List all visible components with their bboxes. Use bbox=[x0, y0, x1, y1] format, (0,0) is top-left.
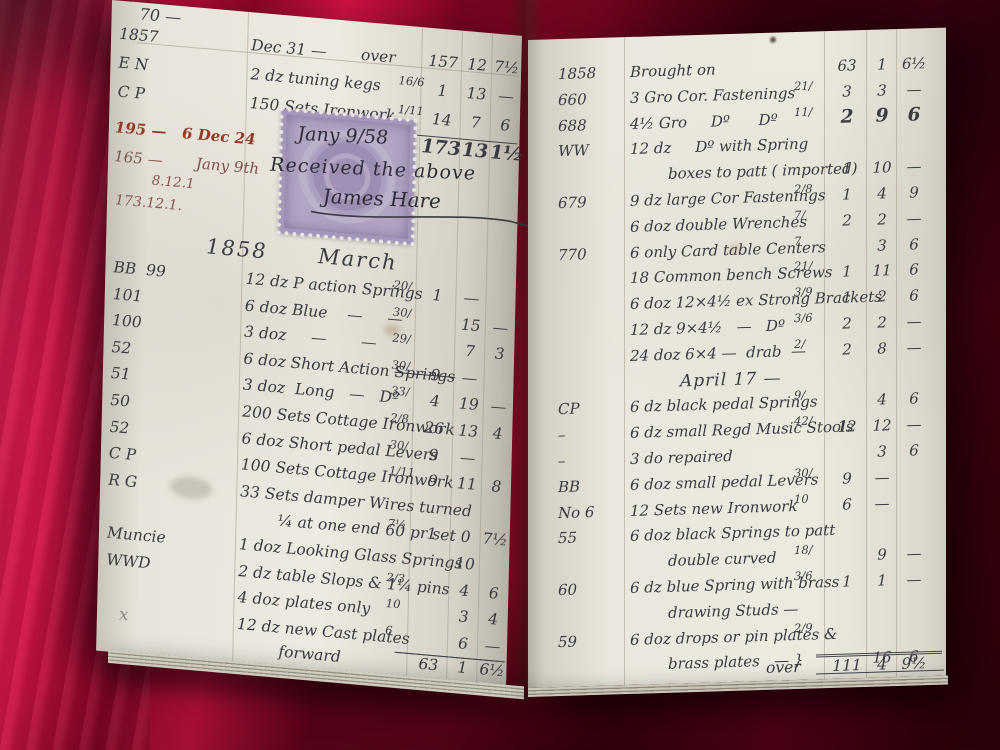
amount-pence: 7½ bbox=[480, 530, 509, 550]
entry-rate: 10 bbox=[386, 596, 401, 611]
amount-pounds: 1 bbox=[826, 572, 868, 591]
entry-code: 59 bbox=[558, 631, 622, 651]
amount-shillings: — bbox=[868, 494, 896, 513]
amount-pounds: 12 bbox=[826, 417, 868, 436]
entry-rate: 1/11 bbox=[398, 102, 424, 118]
amount-shillings: 4 bbox=[868, 184, 896, 203]
amount-pence: — bbox=[897, 570, 931, 589]
amount-shillings: 3 bbox=[449, 607, 477, 627]
amount-shillings: — bbox=[455, 368, 483, 388]
red-ink-note: 165 — Jany 9th bbox=[114, 147, 259, 178]
entry-rate: 9/ bbox=[794, 388, 805, 402]
entry-code: BB bbox=[558, 476, 622, 496]
amount-shillings: 2 bbox=[868, 313, 896, 332]
entry-description: 24 doz 6×4 — drab — bbox=[630, 342, 806, 365]
folio-number: 70 — bbox=[139, 4, 181, 27]
entry-description: drawing Studs — bbox=[630, 600, 798, 623]
entry-rate: 6 bbox=[385, 623, 393, 638]
entry-rate: 3/9 bbox=[794, 285, 813, 300]
amount-pounds: 2 bbox=[826, 106, 868, 128]
entry-rate: 20/ bbox=[393, 278, 412, 294]
amount-pence: — bbox=[897, 209, 931, 228]
amount-shillings: — bbox=[453, 447, 481, 467]
entry-rate: 33/ bbox=[391, 384, 410, 400]
amount-pence: 6 bbox=[479, 583, 508, 603]
entry-rate: 7 bbox=[794, 233, 801, 247]
amount-pence: 6½ bbox=[477, 660, 506, 680]
red-ink-note: 173.12.1. bbox=[115, 192, 182, 214]
amount-pence: 6 bbox=[897, 235, 931, 254]
entry-rate: 16/6 bbox=[398, 73, 424, 89]
entry-description: 12 Sets new Ironwork bbox=[630, 497, 798, 520]
ledger-right-page: 1858Brought on6316½6603 Gro Cor. Fasteni… bbox=[528, 28, 946, 688]
entry-description: Dec 31 — over bbox=[251, 36, 396, 67]
pencil-margin-mark: x bbox=[119, 605, 129, 626]
ledger-entries-continued: 1858Brought on6316½6603 Gro Cor. Fasteni… bbox=[528, 54, 946, 686]
amount-pence: — bbox=[897, 415, 931, 434]
entry-code: 55 bbox=[558, 528, 622, 548]
amount-pounds: 6 bbox=[826, 494, 868, 513]
entry-rate: 18/ bbox=[794, 543, 813, 558]
amount-pounds: 9 bbox=[415, 364, 455, 385]
amount-pence: — bbox=[897, 312, 931, 331]
amount-pounds: 63 bbox=[826, 56, 868, 75]
entry-code: 660 bbox=[558, 89, 622, 109]
amount-pounds: 1 bbox=[826, 262, 868, 281]
entry-code: No 6 bbox=[558, 502, 622, 522]
entry-code: – bbox=[558, 424, 622, 444]
amount-pounds: 1 bbox=[411, 524, 451, 545]
red-ink-note: 8.12.1 bbox=[151, 172, 194, 192]
amount-shillings: 13 bbox=[462, 84, 490, 104]
amount-pounds: 1 bbox=[417, 285, 457, 306]
amount-pence: 6 bbox=[897, 260, 931, 279]
amount-shillings: — bbox=[457, 288, 485, 308]
amount-shillings: 1 bbox=[448, 657, 476, 677]
entry-rate: 42/ bbox=[794, 414, 813, 429]
entry-description: April 17 — bbox=[680, 368, 782, 391]
entry-description: double curved bbox=[630, 549, 777, 571]
entry-code: 688 bbox=[558, 115, 622, 135]
entry-rate: 21/ bbox=[794, 259, 813, 274]
entry-code: BB 99 bbox=[113, 258, 241, 287]
amount-shillings: 1 bbox=[868, 571, 896, 590]
amount-shillings: 0 bbox=[451, 527, 479, 547]
amount-pence: — bbox=[478, 636, 507, 656]
amount-shillings: 9 bbox=[868, 105, 896, 127]
amount-pence: — bbox=[491, 86, 520, 106]
amount-pounds: 63 bbox=[408, 654, 448, 675]
entry-code: – bbox=[558, 450, 622, 470]
entry-description: 12 dz 9×4½ — Dº bbox=[630, 316, 785, 339]
entry-rate: 2/3 bbox=[386, 570, 405, 586]
entry-code: 679 bbox=[558, 192, 622, 212]
amount-shillings: 11 bbox=[868, 261, 896, 280]
entry-rate: 30/ bbox=[393, 304, 412, 320]
amount-shillings: 3 bbox=[868, 236, 896, 255]
amount-pounds: 26 bbox=[414, 417, 454, 438]
amount-pence: 6 bbox=[897, 286, 931, 305]
amount-pence: 9½ bbox=[897, 654, 931, 673]
entry-rate: 2/8 bbox=[390, 410, 409, 426]
amount-pounds: 9 bbox=[413, 444, 453, 465]
entry-rate: 2/9 bbox=[794, 620, 813, 635]
amount-shillings: 4 bbox=[868, 655, 896, 674]
amount-shillings: — bbox=[868, 468, 896, 487]
entry-description: 3 do repaired bbox=[630, 447, 733, 468]
amount-pounds: 4 bbox=[415, 391, 455, 412]
amount-pounds: 1 bbox=[422, 80, 462, 101]
amount-pence: 7½ bbox=[492, 57, 521, 77]
amount-pence: 6 bbox=[897, 104, 931, 126]
entry-rate: 10 bbox=[794, 491, 809, 505]
entry-description: 6 doz double Wrenches bbox=[630, 212, 807, 235]
amount-shillings: 2 bbox=[868, 210, 896, 229]
ledger-left-page: 70 — 1857Dec 31 — over157127½E N2 dz tun… bbox=[96, 0, 522, 686]
amount-pounds: 14 bbox=[422, 109, 462, 130]
amount-pence: 4 bbox=[483, 423, 512, 443]
entry-rate: 2/8 bbox=[794, 182, 813, 197]
amount-pence: 6½ bbox=[897, 54, 931, 73]
entry-rate: 30/ bbox=[390, 437, 409, 453]
entry-rate: 7½ bbox=[388, 516, 407, 532]
entry-rate: 30/ bbox=[392, 357, 411, 373]
amount-shillings: 19 bbox=[455, 394, 483, 414]
amount-shillings: 10 bbox=[868, 158, 896, 177]
amount-shillings: 6 bbox=[449, 633, 477, 653]
amount-shillings: 8 bbox=[868, 339, 896, 358]
amount-pounds: 1 bbox=[826, 159, 868, 178]
entry-rate: 1/11 bbox=[389, 463, 415, 479]
amount-shillings: 4 bbox=[450, 580, 478, 600]
amount-pence: 3 bbox=[485, 344, 514, 364]
entry-rate: 21/ bbox=[794, 78, 813, 93]
amount-pounds: 9 bbox=[826, 469, 868, 488]
amount-pounds: 1 bbox=[826, 185, 868, 204]
amount-pence: 8 bbox=[482, 477, 511, 497]
amount-shillings: 2 bbox=[868, 287, 896, 306]
receipt-annotation: Jany 9/58 Received the above James Hare bbox=[257, 121, 549, 232]
over-label: over bbox=[766, 658, 801, 677]
amount-pounds: 3 bbox=[826, 82, 868, 101]
amount-pounds: 9 bbox=[413, 471, 453, 492]
amount-pounds: 157 bbox=[423, 51, 463, 72]
entry-code: 770 bbox=[558, 244, 622, 264]
amount-pence: — bbox=[897, 157, 931, 176]
amount-pounds: 2 bbox=[826, 314, 868, 333]
amount-shillings: 10 bbox=[451, 554, 479, 574]
amount-pence: 6 bbox=[897, 441, 931, 460]
entry-code: CP bbox=[558, 399, 622, 419]
entry-code: 1857 bbox=[119, 25, 247, 54]
ledger-entries-march: BB 9912 dz P action Springs20/1—1016 doz… bbox=[97, 257, 516, 664]
amount-pence: 9 bbox=[897, 183, 931, 202]
entry-description: 4½ Gro Dº Dº bbox=[630, 110, 778, 132]
entry-rate: 3/6 bbox=[794, 311, 813, 326]
amount-shillings: 4 bbox=[868, 390, 896, 409]
amount-shillings: 1 bbox=[868, 55, 896, 74]
entry-rate: 29/ bbox=[392, 331, 411, 347]
amount-pounds: 2 bbox=[826, 211, 868, 230]
amount-shillings: 3 bbox=[868, 442, 896, 461]
entry-code: WW bbox=[558, 141, 622, 161]
amount-pounds: 1 bbox=[826, 288, 868, 307]
amount-pence: — bbox=[897, 338, 931, 357]
entry-rate: 3/6 bbox=[794, 568, 813, 583]
amount-pence: 6 bbox=[897, 389, 931, 408]
heading-year: 1858 bbox=[206, 234, 268, 263]
amount-shillings: 12 bbox=[463, 55, 491, 75]
entry-rate: 11/ bbox=[794, 104, 813, 119]
entry-rate: 2/ bbox=[794, 337, 805, 351]
amount-pounds: 2 bbox=[826, 340, 868, 359]
amount-shillings: 7 bbox=[456, 341, 484, 361]
entry-description: Brought on bbox=[630, 60, 716, 81]
amount-shillings: 15 bbox=[457, 315, 485, 335]
amount-pounds: 111 bbox=[826, 656, 868, 675]
amount-shillings: 13 bbox=[454, 421, 482, 441]
amount-pence: — bbox=[897, 544, 931, 563]
amount-shillings: 11 bbox=[453, 474, 481, 494]
entry-description: 12 dz Dº with Spring bbox=[630, 135, 808, 158]
entry-description: 3 Gro Cor. Fastenings bbox=[630, 84, 795, 107]
amount-shillings: 12 bbox=[868, 416, 896, 435]
entry-code: 60 bbox=[558, 579, 622, 599]
amount-pence: — bbox=[486, 317, 515, 337]
entry-rate: 7/ bbox=[794, 208, 805, 222]
entry-rate: 30/ bbox=[794, 465, 813, 480]
amount-pence: — bbox=[897, 80, 931, 99]
ink-speck bbox=[770, 37, 776, 43]
amount-shillings: 9 bbox=[868, 545, 896, 564]
amount-pence: 4 bbox=[478, 609, 507, 629]
entry-code: 1858 bbox=[558, 63, 622, 83]
heading-month: March bbox=[318, 244, 398, 275]
amount-shillings: 3 bbox=[868, 81, 896, 100]
amount-pence: — bbox=[484, 397, 513, 417]
